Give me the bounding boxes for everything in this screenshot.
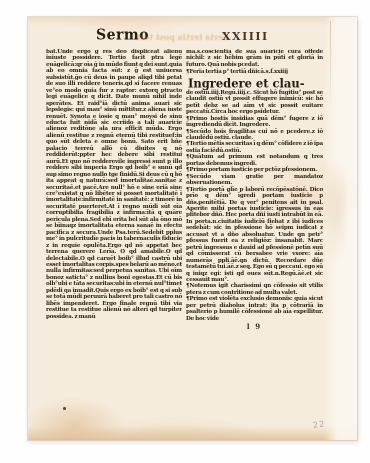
- list-item: ¶Secūdo hois fragilitas cui nō e pcedere…: [186, 129, 323, 142]
- text-block: mā.s.cōscientiā de suā auaricie cura off…: [186, 49, 323, 68]
- list-item: ¶Secūdo viam gratie per mandatoz obserua…: [186, 174, 323, 187]
- paper-stain: [324, 157, 350, 267]
- rubric-line: ¶Feria tertia p° tertiā dñicā.s.f.xxiiij: [186, 69, 323, 75]
- text-block: de ostiū.iiij.Regū.iiij.c. Sicut hō fugi…: [186, 90, 323, 116]
- folio-number: XXIIII: [222, 30, 269, 43]
- right-text-column: mā.s.cōscientiā de suā auaricie cura off…: [186, 49, 323, 391]
- list-item: ¶Tertio mētis securitas ī q dēm° cōfider…: [186, 141, 323, 154]
- quire-signature-mark: l 9: [186, 324, 323, 330]
- list-item: ¶Notemus igit charissimi qn cōfessio sit…: [186, 283, 323, 296]
- list-item: ¶Primo portam iusticie per pctōz pfessio…: [186, 167, 323, 173]
- pencil-folio-annotation: 22: [312, 419, 325, 430]
- left-column-text: bāt.Unde ergo ḡ res deo displiceat alien…: [46, 49, 182, 320]
- book-page-scan: Sermo Feria tertia post tertiam dnicam X…: [28, 17, 357, 440]
- list-item: ¶Primo est violēta exclusio demonis: qui…: [186, 296, 323, 322]
- text-block: ¶Tertio portā glīe p laborū recōpēsatōnē…: [186, 187, 323, 284]
- list-item: ¶Quātum ad primum est notandum q tres po…: [186, 154, 323, 167]
- chapter-heading: Ingredere et clau-: [188, 77, 323, 90]
- list-item: ¶Primo hostis insidias quā dēm° fugere z…: [186, 116, 323, 129]
- left-text-column: bāt.Unde ergo ḡ res deo displiceat alien…: [46, 49, 182, 391]
- ink-speck: [63, 407, 66, 410]
- showthrough-text: Feria tertia post tertiam dnicam: [136, 32, 228, 42]
